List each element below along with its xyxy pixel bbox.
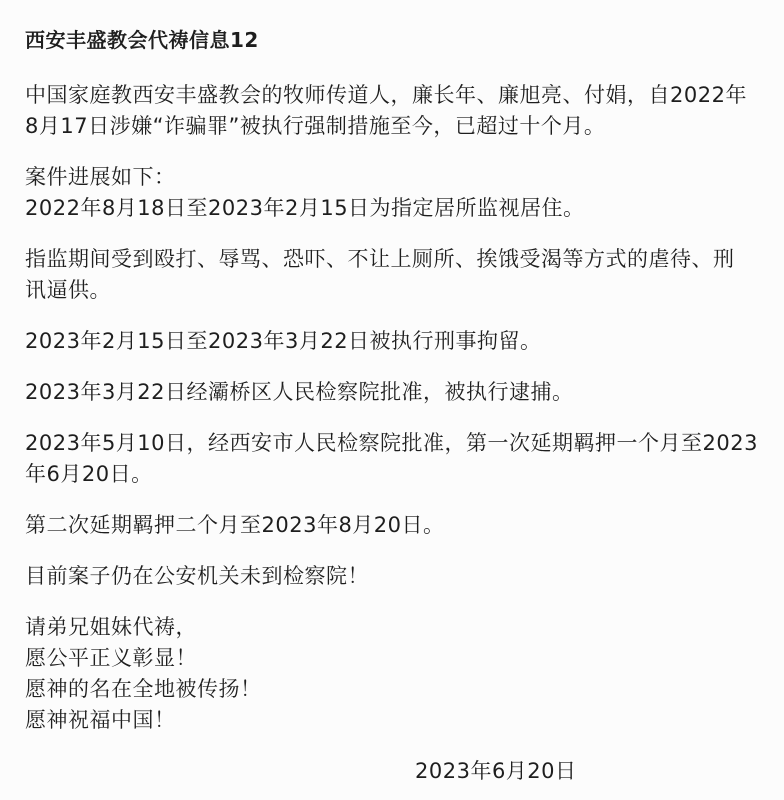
paragraph-line: 中国家庭教西安丰盛教会的牧师传道人，廉长年、廉旭亮、付娟，自2022年 [25, 80, 764, 111]
paragraph-line: 2023年2月15日至2023年3月22日被执行刑事拘留。 [25, 326, 764, 357]
paragraph-arrest: 2023年3月22日经灞桥区人民检察院批准，被执行逮捕。 [25, 377, 764, 408]
paragraph-line: 8月17日涉嫌“诈骗罪”被执行强制措施至今，已超过十个月。 [25, 111, 764, 142]
paragraph-case-progress: 案件进展如下： 2022年8月18日至2023年2月15日为指定居所监视居住。 [25, 162, 764, 224]
document-title: 西安丰盛教会代祷信息12 [25, 25, 764, 56]
paragraph-detention: 2023年2月15日至2023年3月22日被执行刑事拘留。 [25, 326, 764, 357]
paragraph-line: 2022年8月18日至2023年2月15日为指定居所监视居住。 [25, 193, 764, 224]
paragraph-line: 请弟兄姐妹代祷， [25, 612, 764, 643]
paragraph-mistreatment: 指监期间受到殴打、辱骂、恐吓、不让上厕所、挨饿受渴等方式的虐待、刑 讯逼供。 [25, 244, 764, 306]
paragraph-first-extension: 2023年5月10日，经西安市人民检察院批准，第一次延期羁押一个月至2023 年… [25, 428, 764, 490]
paragraph-line: 2023年3月22日经灞桥区人民检察院批准，被执行逮捕。 [25, 377, 764, 408]
paragraph-line: 指监期间受到殴打、辱骂、恐吓、不让上厕所、挨饿受渴等方式的虐待、刑 [25, 244, 764, 275]
document-page: 西安丰盛教会代祷信息12 中国家庭教西安丰盛教会的牧师传道人，廉长年、廉旭亮、付… [0, 0, 784, 800]
paragraph-line: 年6月20日。 [25, 459, 764, 490]
paragraph-line: 愿公平正义彰显！ [25, 643, 764, 674]
paragraph-line: 目前案子仍在公安机关未到检察院！ [25, 561, 764, 592]
paragraph-line: 讯逼供。 [25, 275, 764, 306]
paragraph-line: 愿神祝福中国！ [25, 705, 764, 736]
paragraph-line: 2023年5月10日，经西安市人民检察院批准，第一次延期羁押一个月至2023 [25, 428, 764, 459]
paragraph-line: 愿神的名在全地被传扬！ [25, 674, 764, 705]
paragraph-line: 第二次延期羁押二个月至2023年8月20日。 [25, 510, 764, 541]
paragraph-intro: 中国家庭教西安丰盛教会的牧师传道人，廉长年、廉旭亮、付娟，自2022年 8月17… [25, 80, 764, 142]
paragraph-current-status: 目前案子仍在公安机关未到检察院！ [25, 561, 764, 592]
paragraph-line: 案件进展如下： [25, 162, 764, 193]
document-date: 2023年6月20日 [25, 756, 764, 787]
paragraph-prayer-requests: 请弟兄姐妹代祷， 愿公平正义彰显！ 愿神的名在全地被传扬！ 愿神祝福中国！ [25, 612, 764, 736]
paragraph-second-extension: 第二次延期羁押二个月至2023年8月20日。 [25, 510, 764, 541]
